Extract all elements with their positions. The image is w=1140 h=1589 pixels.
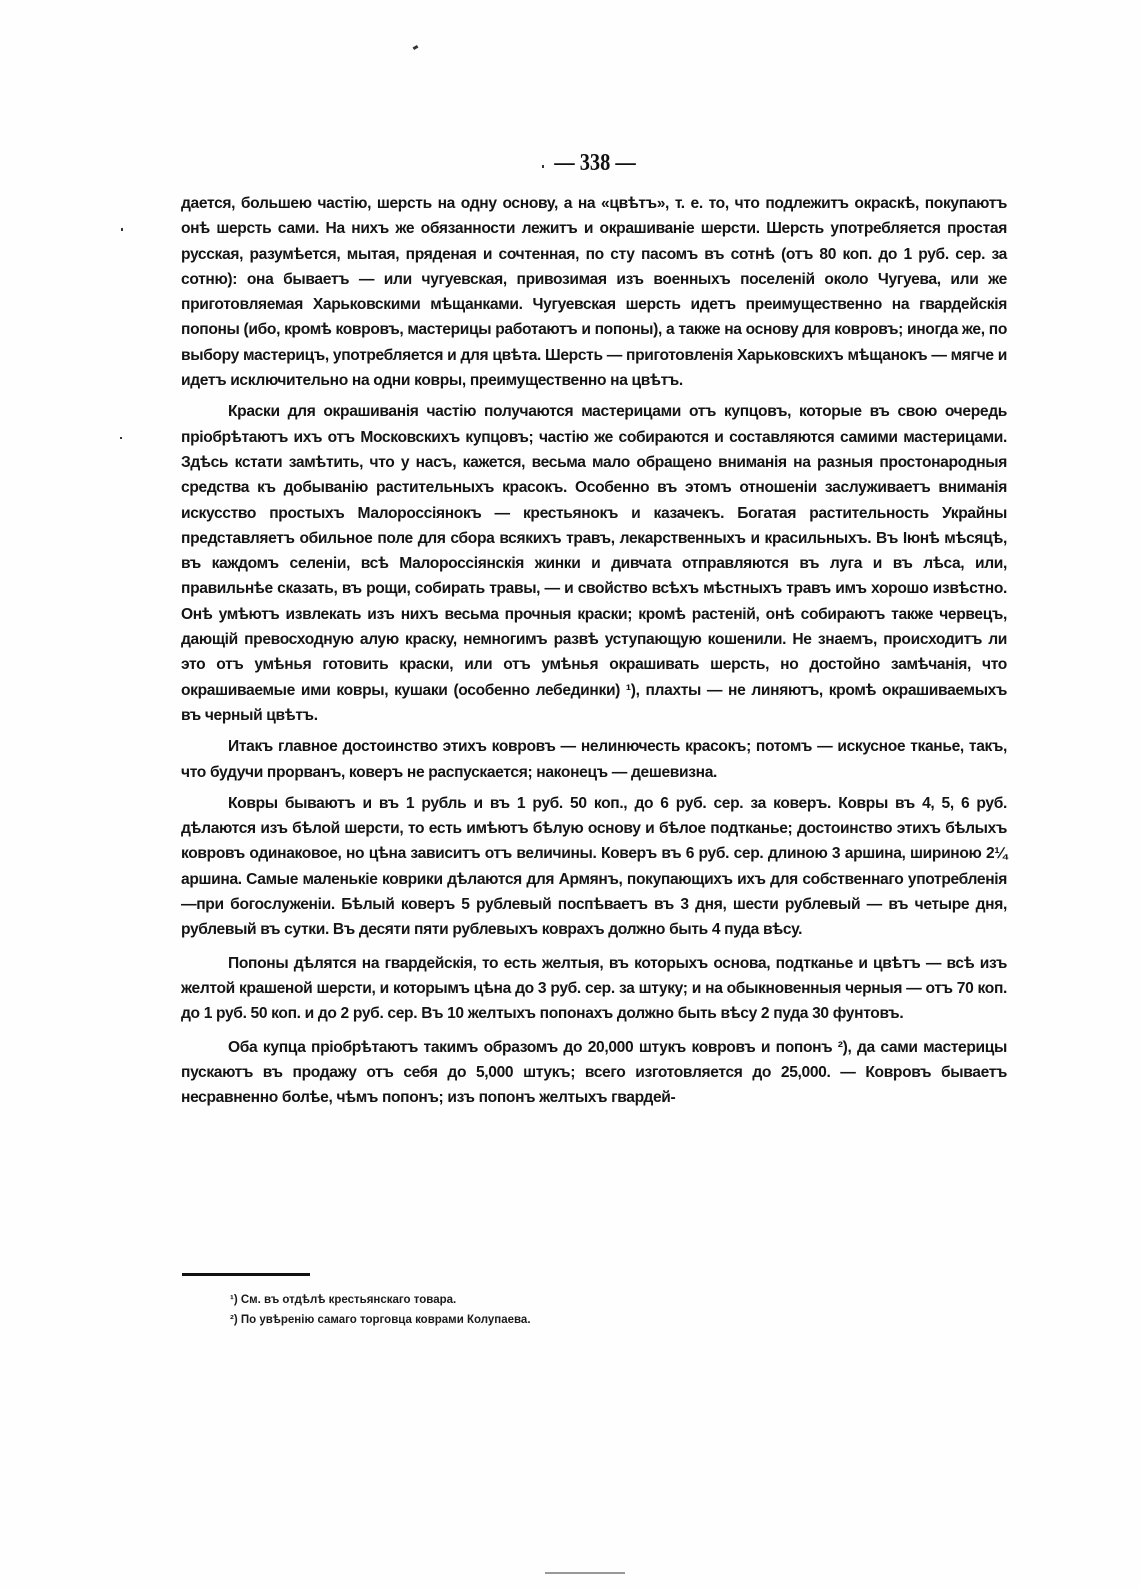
paragraph: Попоны дѣлятся на гвардейскія, то есть ж… [181, 951, 1007, 1027]
book-page: — 338 — дается, большею частію, шерсть н… [0, 0, 1140, 1589]
footnotes: ¹) См. въ отдѣлѣ крестьянскаго товара. ²… [230, 1290, 830, 1330]
scan-artifact-line [545, 1572, 625, 1574]
paragraph: Оба купца пріобрѣтаютъ такимъ образомъ д… [181, 1035, 1007, 1111]
footnote-divider [182, 1273, 310, 1276]
scan-speck [413, 45, 419, 50]
footnote: ²) По увѣренію самаго торговца коврами К… [230, 1310, 830, 1330]
paragraph: дается, большею частію, шерсть на одну о… [181, 191, 1007, 393]
scan-speck [121, 228, 123, 231]
page-number: — 338 — [89, 150, 1101, 177]
paragraph: Ковры бываютъ и въ 1 рубль и въ 1 руб. 5… [181, 791, 1007, 943]
footnote: ¹) См. въ отдѣлѣ крестьянскаго товара. [230, 1290, 830, 1310]
paragraph: Краски для окрашиванія частію получаются… [181, 399, 1007, 728]
paragraph: Итакъ главное достоинство этихъ ковровъ … [181, 734, 1007, 785]
scan-speck [120, 437, 122, 439]
body-text: дается, большею частію, шерсть на одну о… [181, 191, 1007, 1110]
